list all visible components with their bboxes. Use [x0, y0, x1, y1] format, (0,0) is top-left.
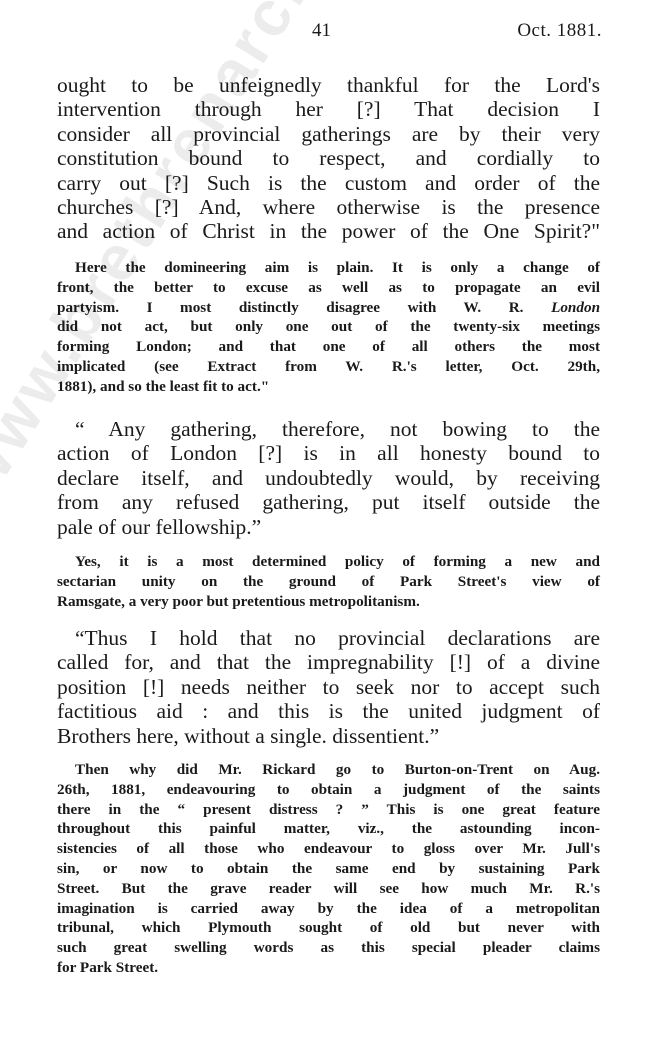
text-line: such great swelling words as this specia… [57, 938, 600, 958]
text-line: sin, or now to obtain the same end by su… [57, 859, 600, 879]
text-line: constitution bound to respect, and cordi… [57, 146, 600, 170]
text-line: Yes, it is a most determined policy of f… [57, 552, 600, 572]
text-line-with-italic: partyism. I most distinctly disagree wit… [57, 298, 600, 318]
text-line: for Park Street. [57, 958, 600, 978]
page-number: 41 [312, 20, 331, 42]
quote-paragraph-3: “Thus I hold that no provincial declarat… [57, 626, 600, 748]
text-line: throughout this painful matter, viz., th… [57, 819, 600, 839]
text-line: position [!] needs neither to seek nor t… [57, 675, 600, 699]
text-line: Then why did Mr. Rickard go to Burton-on… [57, 760, 600, 780]
text-line: churches [?] And, where otherwise is the… [57, 195, 600, 219]
text-line: action of London [?] is in all honesty b… [57, 441, 600, 465]
text-line: front, the better to excuse as well as t… [57, 278, 600, 298]
text-line: called for, and that the impregnability … [57, 650, 600, 674]
italic-word: London [551, 299, 600, 316]
text-line: and action of Christ in the power of the… [57, 219, 600, 243]
text-line: Here the domineering aim is plain. It is… [57, 258, 600, 278]
text-line: from any refused gathering, put itself o… [57, 490, 600, 514]
text-line: sectarian unity on the ground of Park St… [57, 572, 600, 592]
text-line: implicated (see Extract from W. R.'s let… [57, 357, 600, 377]
text-line: 26th, 1881, endeavouring to obtain a jud… [57, 780, 600, 800]
commentary-paragraph-2: Yes, it is a most determined policy of f… [57, 552, 600, 611]
text-line: imagination is carried away by the idea … [57, 899, 600, 919]
text-line: “Thus I hold that no provincial declarat… [57, 626, 600, 650]
commentary-paragraph-1: Here the domineering aim is plain. It is… [57, 258, 600, 397]
text-line: pale of our fellowship.” [57, 515, 600, 539]
text-line: forming London; and that one of all othe… [57, 337, 600, 357]
text-line: carry out [?] Such is the custom and ord… [57, 171, 600, 195]
text-line: ought to be unfeignedly thankful for the… [57, 73, 600, 97]
page-header: 41 Oct. 1881. [0, 20, 650, 50]
text-line: intervention through her [?] That decisi… [57, 97, 600, 121]
quote-paragraph-1: ought to be unfeignedly thankful for the… [57, 73, 600, 244]
text-line: Brothers here, without a single. dissent… [57, 724, 600, 748]
text-line: there in the “ present distress ? ” This… [57, 800, 600, 820]
text-line: did not act, but only one out of the twe… [57, 317, 600, 337]
text-line: sistencies of all those who endeavour to… [57, 839, 600, 859]
text-line: 1881), and so the least fit to act." [57, 377, 600, 397]
text-line: Street. But the grave reader will see ho… [57, 879, 600, 899]
text-line: “ Any gathering, therefore, not bowing t… [57, 417, 600, 441]
text-line: consider all provincial gatherings are b… [57, 122, 600, 146]
quote-paragraph-2: “ Any gathering, therefore, not bowing t… [57, 417, 600, 539]
text-line: declare itself, and undoubtedly would, b… [57, 466, 600, 490]
text-line: factitious aid : and this is the united … [57, 699, 600, 723]
text-fragment: partyism. I most distinctly disagree wit… [57, 299, 523, 316]
text-line: tribunal, which Plymouth sought of old b… [57, 918, 600, 938]
commentary-paragraph-3: Then why did Mr. Rickard go to Burton-on… [57, 760, 600, 978]
text-line: Ramsgate, a very poor but pretentious me… [57, 592, 600, 612]
page-date: Oct. 1881. [517, 20, 602, 42]
